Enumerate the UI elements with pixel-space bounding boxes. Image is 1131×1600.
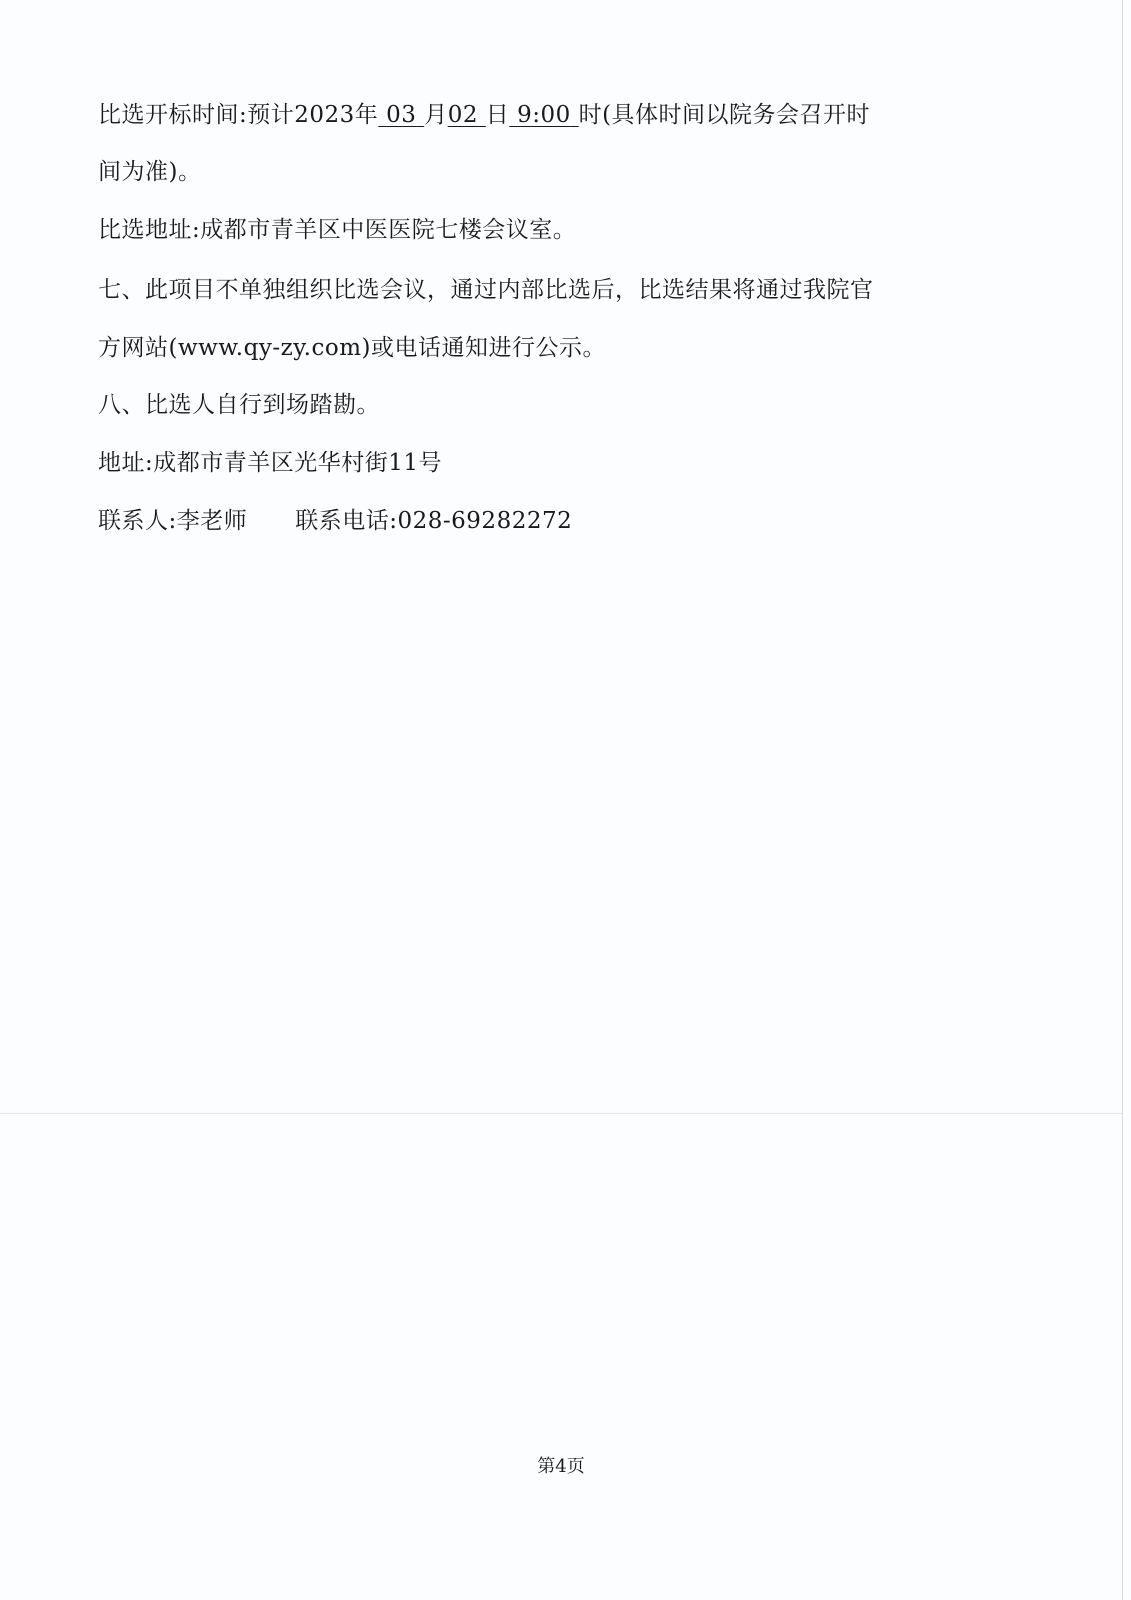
section-7-line-2: 方网站(www.qy-zy.com)或电话通知进行公示。 [98,333,606,363]
opening-time-month-blank: 03 [378,102,424,128]
opening-time-month: 03 [386,102,416,128]
opening-time-day: 02 [448,102,478,128]
contact-line: 联系人:李老师联系电话:028-69282272 [98,506,572,536]
opening-time-hour-unit: 时 [579,102,603,128]
opening-time-hour: 9:00 [517,102,571,128]
section-7-line-1: 七、此项目不单独组织比选会议，通过内部比选后，比选结果将通过我院官 [98,275,874,305]
opening-time-month-unit: 月 [424,102,448,128]
opening-time-year: 2023年 [294,102,378,128]
page-edge [1122,0,1123,1600]
opening-time-day-unit: 日 [486,102,510,128]
document-page: 比选开标时间:预计2023年 03 月02 日 9:00 时(具体时间以院务会召… [0,0,1131,1600]
section-8-line: 八、比选人自行到场踏勘。 [98,390,380,420]
opening-time-note-cont: 间为准)。 [98,157,201,187]
opening-time-day-blank: 02 [448,102,486,128]
opening-time-note: (具体时间以院务会召开时 [602,102,870,128]
opening-time-line: 比选开标时间:预计2023年 03 月02 日 9:00 时(具体时间以院务会召… [98,100,870,130]
opening-time-hour-blank: 9:00 [509,102,578,128]
fold-line [0,1113,1122,1114]
location-line: 比选地址:成都市青羊区中医医院七楼会议室。 [98,215,576,245]
address-line: 地址:成都市青羊区光华村街11号 [98,448,442,478]
contact-phone: 联系电话:028-69282272 [295,508,572,534]
opening-time-label: 比选开标时间:预计 [98,102,294,128]
page-number: 第4页 [0,1455,1122,1479]
contact-person: 联系人:李老师 [98,508,247,534]
